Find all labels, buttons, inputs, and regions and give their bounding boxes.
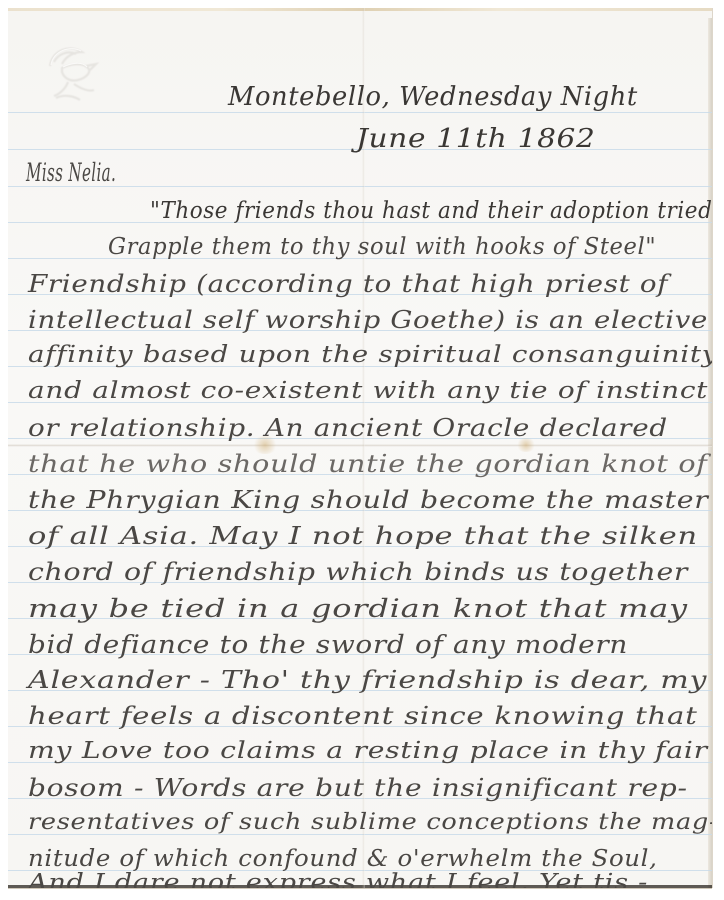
body-line: of all Asia. May I not hope that the sil… <box>28 522 698 550</box>
body-line: And I dare not express what I feel. Yet … <box>28 870 648 888</box>
letter-place-day: Montebello, Wednesday Night <box>228 82 638 112</box>
letter-page: Montebello, Wednesday Night June 11th 18… <box>8 8 712 888</box>
eagle-emboss-icon <box>30 38 110 108</box>
body-line: or relationship. An ancient Oracle decla… <box>28 414 668 442</box>
body-line: affinity based upon the spiritual consan… <box>28 342 712 368</box>
body-line: "Those friends thou hast and their adopt… <box>150 198 712 224</box>
rule-line <box>8 112 712 113</box>
body-line: may be tied in a gordian knot that may <box>28 594 688 623</box>
body-line: resentatives of such sublime conceptions… <box>28 810 712 835</box>
scanned-letter: Montebello, Wednesday Night June 11th 18… <box>0 0 724 900</box>
body-line: Grapple them to thy soul with hooks of S… <box>108 234 656 260</box>
body-line: bosom - Words are but the insignificant … <box>28 774 688 802</box>
body-line: chord of friendship which binds us toget… <box>28 558 688 586</box>
body-line: Friendship (according to that high pries… <box>28 270 668 298</box>
body-line: heart feels a discontent since knowing t… <box>28 702 698 730</box>
body-line: bid defiance to the sword of any modern <box>28 630 628 659</box>
body-line: nitude of which confound & o'erwhelm the… <box>28 846 658 872</box>
horizontal-fold <box>8 444 712 447</box>
body-line: Alexander - Tho' thy friendship is dear,… <box>28 666 707 694</box>
body-line: and almost co-existent with any tie of i… <box>28 378 708 404</box>
letter-salutation: Miss Nelia. <box>26 158 116 187</box>
body-line: intellectual self worship Goethe) is an … <box>28 306 708 334</box>
paper-top-edge <box>8 8 712 11</box>
body-line: that he who should untie the gordian kno… <box>28 450 708 478</box>
body-line: my Love too claims a resting place in th… <box>28 738 708 764</box>
letter-date: June 11th 1862 <box>356 124 596 154</box>
body-line: the Phrygian King should become the mast… <box>28 486 709 514</box>
